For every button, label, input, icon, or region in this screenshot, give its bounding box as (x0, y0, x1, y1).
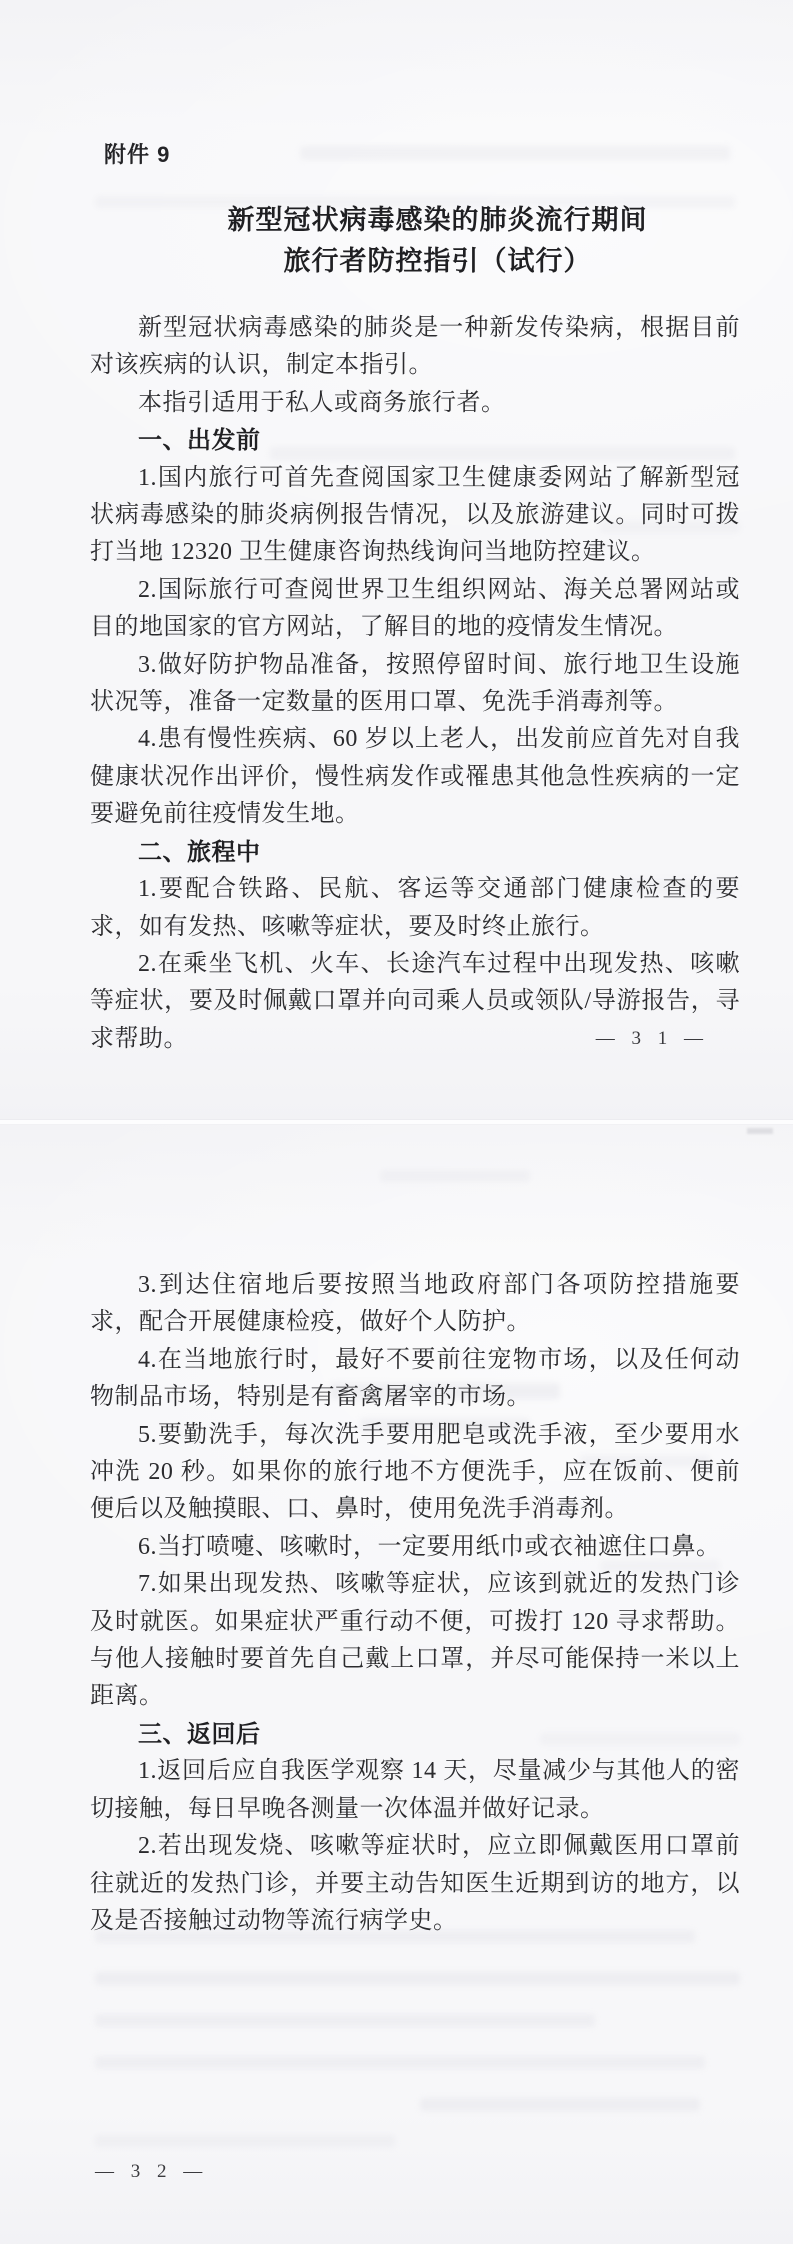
page-number-32: — 3 2 — (95, 2161, 208, 2183)
bleed-through-artifact (95, 2135, 395, 2147)
section-1-heading: 一、出发前 (90, 422, 740, 459)
attachment-label: 附件 9 (104, 138, 170, 169)
section-3-item-1: 1.返回后应自我医学观察 14 天，尽量减少与其他人的密切接触，每日早晚各测量一… (90, 1753, 740, 1828)
section-2-item-6: 6.当打喷嚏、咳嗽时，一定要用纸巾或衣袖遮住口鼻。 (90, 1529, 740, 1566)
bleed-through-artifact (380, 1170, 530, 1182)
title-line-2: 旅行者防控指引（试行） (110, 241, 765, 282)
page-32-text: 3.到达住宿地后要按照当地政府部门各项防控措施要求，配合开展健康检疫，做好个人防… (90, 1267, 740, 1940)
scan-artifact (747, 1128, 773, 1134)
section-2-item-1: 1.要配合铁路、民航、客运等交通部门健康检查的要求，如有发热、咳嗽等症状，要及时… (90, 871, 740, 946)
section-2-item-7: 7.如果出现发热、咳嗽等症状，应该到就近的发热门诊及时就医。如果症状严重行动不便… (90, 1566, 740, 1716)
section-1-item-4: 4.患有慢性疾病、60 岁以上老人，出发前应首先对自我健康状况作出评价，慢性病发… (90, 721, 740, 833)
intro-paragraph-2: 本指引适用于私人或商务旅行者。 (90, 385, 740, 422)
bleed-through-artifact (420, 2098, 700, 2111)
bleed-through-artifact (300, 146, 730, 160)
section-1-item-1: 1.国内旅行可首先查阅国家卫生健康委网站了解新型冠状病毒感染的肺炎病例报告情况，… (90, 460, 740, 572)
section-2-item-5: 5.要勤洗手，每次洗手要用肥皂或洗手液，至少要用水冲洗 20 秒。如果你的旅行地… (90, 1417, 740, 1529)
bleed-through-artifact (95, 2014, 595, 2027)
page-31: 附件 9 新型冠状病毒感染的肺炎流行期间 旅行者防控指引（试行） 新型冠状病毒感… (0, 0, 793, 1119)
document-title: 新型冠状病毒感染的肺炎流行期间 旅行者防控指引（试行） (110, 200, 765, 282)
bleed-through-artifact (95, 1972, 740, 1985)
section-2-item-3: 3.到达住宿地后要按照当地政府部门各项防控措施要求，配合开展健康检疫，做好个人防… (90, 1267, 740, 1342)
section-1-item-2: 2.国际旅行可查阅世界卫生组织网站、海关总署网站或目的地国家的官方网站，了解目的… (90, 572, 740, 647)
title-line-1: 新型冠状病毒感染的肺炎流行期间 (110, 200, 765, 241)
scanned-document: 附件 9 新型冠状病毒感染的肺炎流行期间 旅行者防控指引（试行） 新型冠状病毒感… (0, 0, 793, 2244)
page-number-31: — 3 1 — (596, 1028, 709, 1050)
intro-paragraph-1: 新型冠状病毒感染的肺炎是一种新发传染病，根据目前对该疾病的认识，制定本指引。 (90, 310, 740, 385)
page-31-text: 新型冠状病毒感染的肺炎是一种新发传染病，根据目前对该疾病的认识，制定本指引。 本… (90, 310, 740, 1058)
section-2-heading: 二、旅程中 (90, 834, 740, 871)
section-2-item-4: 4.在当地旅行时，最好不要前往宠物市场，以及任何动物制品市场，特别是有畜禽屠宰的… (90, 1342, 740, 1417)
bleed-through-artifact (95, 2056, 705, 2069)
section-3-heading: 三、返回后 (90, 1716, 740, 1753)
section-3-item-2: 2.若出现发烧、咳嗽等症状时，应立即佩戴医用口罩前往就近的发热门诊，并要主动告知… (90, 1828, 740, 1940)
page-32: 3.到达住宿地后要按照当地政府部门各项防控措施要求，配合开展健康检疫，做好个人防… (0, 1125, 793, 2244)
section-1-item-3: 3.做好防护物品准备，按照停留时间、旅行地卫生设施状况等，准备一定数量的医用口罩… (90, 647, 740, 722)
